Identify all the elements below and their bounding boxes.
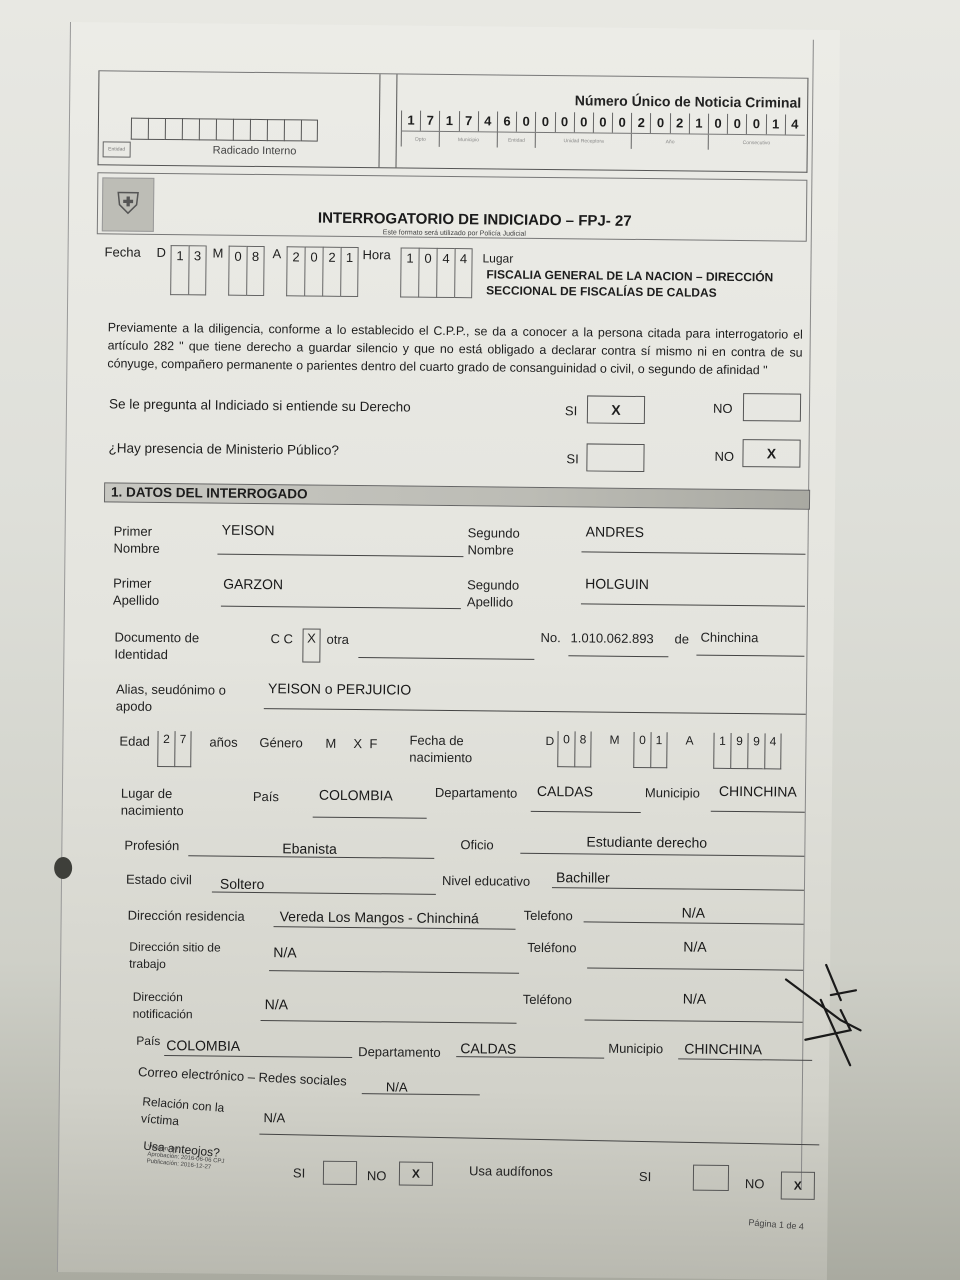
checkbox-ministerio-no[interactable]: X bbox=[742, 439, 800, 468]
departamento-label: Departamento bbox=[435, 784, 518, 802]
municipio2-label: Municipio bbox=[608, 1040, 663, 1058]
nunc-digit: 4 bbox=[478, 111, 497, 131]
correo-value[interactable]: N/A bbox=[386, 1079, 408, 1094]
hora-label: Hora bbox=[363, 247, 391, 262]
anteojos-si-label: SI bbox=[293, 1164, 305, 1181]
genero-mark[interactable]: X bbox=[353, 735, 362, 752]
genero-label: Género bbox=[259, 734, 303, 751]
segundo-apellido-value[interactable]: HOLGUIN bbox=[585, 575, 649, 592]
hour-digit[interactable]: 1 bbox=[400, 247, 419, 297]
question-ministerio-publico: ¿Hay presencia de Ministerio Público? bbox=[108, 440, 339, 457]
header-divider bbox=[378, 74, 397, 167]
departamento-value[interactable]: CALDAS bbox=[537, 783, 593, 800]
hour-digit[interactable]: 4 bbox=[436, 248, 455, 298]
lugar-nacimiento-label: Lugar de nacimiento bbox=[121, 785, 201, 820]
nunc-digits: 171746000000202100014 bbox=[401, 110, 805, 134]
document-page: Entidad Radicado Interno Número Único de… bbox=[57, 22, 840, 1280]
nac-year-digit[interactable]: 9 bbox=[730, 733, 747, 769]
nunc-group-label: Unidad Receptora bbox=[535, 133, 631, 149]
nac-year-digit[interactable]: 1 bbox=[713, 733, 730, 769]
month-digit[interactable]: 0 bbox=[228, 246, 247, 296]
checkbox-entiende-no[interactable] bbox=[743, 393, 801, 422]
telefono2-value[interactable]: N/A bbox=[683, 938, 707, 954]
direccion-notificacion-value[interactable]: N/A bbox=[265, 996, 289, 1012]
edad-digit[interactable]: 7 bbox=[174, 731, 191, 767]
alias-value[interactable]: YEISON o PERJUICIO bbox=[268, 680, 411, 697]
pais2-label: País bbox=[136, 1033, 160, 1050]
nunc-digit: 0 bbox=[593, 112, 612, 132]
nunc-digit: 0 bbox=[727, 114, 746, 134]
correo-label: Correo electrónico – Redes sociales bbox=[138, 1063, 347, 1089]
nivel-educativo-value[interactable]: Bachiller bbox=[556, 869, 610, 886]
nunc-digit: 0 bbox=[516, 112, 535, 132]
oficio-label: Oficio bbox=[460, 836, 493, 853]
audifonos-si-label: SI bbox=[639, 1168, 651, 1185]
nunc-field: 171746000000202100014 DptoMunicipioEntid… bbox=[401, 110, 805, 152]
nunc-digit: 7 bbox=[420, 111, 439, 131]
direccion-residencia-label: Dirección residencia bbox=[128, 907, 245, 925]
nunc-digit: 1 bbox=[401, 110, 420, 130]
nac-month-digit[interactable]: 0 bbox=[633, 732, 650, 768]
radicado-interno-field: Entidad Radicado Interno bbox=[103, 117, 373, 160]
no-label: NO bbox=[713, 401, 733, 416]
day-label: D bbox=[157, 245, 167, 260]
checkbox-anteojos-si[interactable] bbox=[323, 1161, 357, 1185]
checkbox-audifonos-si[interactable] bbox=[693, 1165, 729, 1191]
hole-punch bbox=[54, 857, 72, 879]
entidad-label: Entidad bbox=[103, 141, 131, 157]
relacion-victima-value[interactable]: N/A bbox=[263, 1110, 285, 1125]
pais-label: País bbox=[253, 788, 279, 805]
direccion-notificacion-label: Dirección notificación bbox=[133, 989, 213, 1024]
header-box: Entidad Radicado Interno Número Único de… bbox=[98, 70, 809, 172]
telefono1-label: Telefono bbox=[524, 907, 573, 925]
form-title: INTERROGATORIO DE INDICIADO – FPJ- 27 bbox=[318, 210, 632, 230]
checkbox-entiende-si[interactable]: X bbox=[587, 395, 645, 424]
estado-civil-label: Estado civil bbox=[126, 871, 192, 889]
nunc-digit: 0 bbox=[650, 113, 669, 133]
edad-label: Edad bbox=[119, 733, 150, 750]
municipio2-value[interactable]: CHINCHINA bbox=[684, 1040, 762, 1057]
departamento2-label: Departamento bbox=[358, 1043, 441, 1061]
documento-lugar[interactable]: Chinchina bbox=[701, 629, 759, 647]
primer-apellido-label: Primer Apellido bbox=[113, 574, 173, 609]
lugar-field: Lugar FISCALIA GENERAL DE LA NACION – DI… bbox=[482, 250, 804, 301]
year-digit[interactable]: 2 bbox=[322, 247, 341, 297]
nunc-digit: 0 bbox=[746, 114, 765, 134]
nunc-digit: 0 bbox=[535, 112, 554, 132]
checkbox-ministerio-si[interactable] bbox=[586, 443, 644, 472]
estado-civil-value[interactable]: Soltero bbox=[220, 876, 265, 892]
form-subtitle: Este formato será utilizado por Policía … bbox=[383, 229, 526, 237]
cc-label: C C bbox=[270, 630, 293, 647]
nac-year-digit[interactable]: 4 bbox=[764, 733, 781, 769]
nac-month-label: M bbox=[609, 732, 619, 749]
day-boxes: 13 bbox=[170, 245, 207, 295]
radicado-label: Radicado Interno bbox=[213, 145, 297, 158]
hour-boxes: 1044 bbox=[400, 247, 473, 298]
nunc-title: Número Único de Noticia Criminal bbox=[575, 92, 802, 110]
checkbox-anteojos-no[interactable]: X bbox=[399, 1162, 433, 1186]
checkbox-audifonos-no[interactable]: X bbox=[781, 1172, 815, 1200]
page-number: Página 1 de 4 bbox=[748, 1217, 804, 1231]
profesion-label: Profesión bbox=[124, 837, 179, 855]
month-label: M bbox=[213, 246, 224, 261]
telefono3-label: Teléfono bbox=[523, 991, 572, 1009]
nunc-digit: 1 bbox=[439, 111, 458, 131]
si-label: SI bbox=[565, 403, 577, 418]
relacion-victima-label: Relación con la víctima bbox=[140, 1093, 242, 1135]
genero-f-label: F bbox=[369, 735, 377, 752]
pais-value[interactable]: COLOMBIA bbox=[319, 787, 393, 804]
hour-digit[interactable]: 4 bbox=[454, 248, 473, 298]
lugar-value: FISCALIA GENERAL DE LA NACION – DIRECCIÓ… bbox=[486, 266, 776, 301]
direccion-trabajo-value[interactable]: N/A bbox=[273, 944, 297, 960]
nac-month-digit[interactable]: 1 bbox=[650, 732, 667, 768]
direccion-residencia-value[interactable]: Vereda Los Mangos - Chinchiná bbox=[280, 908, 479, 926]
hour-digit[interactable]: 0 bbox=[418, 248, 437, 298]
lugar-label: Lugar bbox=[482, 251, 513, 265]
oficio-value[interactable]: Estudiante derecho bbox=[586, 833, 707, 850]
year-digit[interactable]: 1 bbox=[340, 247, 359, 297]
edad-digit[interactable]: 2 bbox=[157, 731, 174, 767]
departamento2-value[interactable]: CALDAS bbox=[460, 1040, 516, 1057]
question-entiende-derecho: Se le pregunta al Indiciado si entiende … bbox=[109, 396, 411, 414]
genero-m-label: M bbox=[325, 735, 336, 752]
year-digit[interactable]: 2 bbox=[286, 246, 305, 296]
segundo-nombre-value[interactable]: ANDRES bbox=[586, 523, 645, 540]
audifonos-label: Usa audífonos bbox=[469, 1162, 553, 1180]
nac-year-digit[interactable]: 9 bbox=[747, 733, 764, 769]
anos-label: años bbox=[209, 734, 237, 751]
nunc-group-label: Año bbox=[631, 134, 708, 150]
direccion-trabajo-label: Dirección sitio de trabajo bbox=[129, 939, 239, 974]
nunc-group-label: Consecutivo bbox=[708, 135, 804, 151]
day-digit[interactable]: 3 bbox=[188, 245, 207, 295]
intro-paragraph: Previamente a la diligencia, conforme a … bbox=[107, 318, 803, 379]
pais2-value[interactable]: COLOMBIA bbox=[166, 1037, 240, 1054]
nivel-educativo-label: Nivel educativo bbox=[442, 872, 530, 890]
day-digit[interactable]: 1 bbox=[170, 245, 189, 295]
nunc-group-label: Entidad bbox=[497, 132, 536, 147]
si-label: SI bbox=[566, 451, 578, 466]
nunc-digit: 6 bbox=[497, 111, 516, 131]
nunc-digit: 0 bbox=[612, 113, 631, 133]
no-documento-label: No. bbox=[540, 629, 560, 646]
nunc-digit: 0 bbox=[574, 112, 593, 132]
nunc-group-label: Dpto bbox=[401, 131, 440, 146]
nunc-digit: 4 bbox=[785, 114, 804, 134]
telefono1-value[interactable]: N/A bbox=[682, 904, 706, 920]
signature-icon bbox=[780, 959, 871, 1070]
coat-of-arms-icon: ⛨ bbox=[102, 177, 155, 232]
year-boxes: 2021 bbox=[286, 246, 359, 297]
profesion-value[interactable]: Ebanista bbox=[282, 840, 337, 857]
nunc-digit: 0 bbox=[554, 112, 573, 132]
primer-nombre-value[interactable]: YEISON bbox=[222, 522, 275, 539]
segundo-nombre-label: Segundo Nombre bbox=[467, 524, 531, 559]
documento-numero[interactable]: 1.010.062.893 bbox=[570, 629, 653, 647]
nunc-digit: 1 bbox=[765, 114, 784, 134]
nac-day-digit[interactable]: 0 bbox=[557, 731, 574, 767]
primer-apellido-value[interactable]: GARZON bbox=[223, 576, 283, 593]
nunc-digit: 7 bbox=[458, 111, 477, 131]
nac-day-boxes: 08 bbox=[557, 731, 591, 767]
alias-label: Alias, seudónimo o apodo bbox=[116, 681, 246, 716]
nunc-digit: 1 bbox=[689, 113, 708, 133]
year-label: A bbox=[273, 246, 282, 261]
date-row: Fecha D 13 M 08 A 2021 Hora 1044 Lugar F… bbox=[104, 244, 805, 311]
radicado-cells bbox=[131, 118, 318, 142]
primer-nombre-label: Primer Nombre bbox=[113, 522, 173, 557]
year-digit[interactable]: 0 bbox=[304, 246, 323, 296]
month-boxes: 08 bbox=[228, 246, 265, 296]
nac-year-boxes: 1994 bbox=[713, 733, 781, 770]
nac-month-boxes: 01 bbox=[633, 732, 667, 768]
audifonos-no-label: NO bbox=[745, 1175, 765, 1192]
nunc-digit: 0 bbox=[708, 114, 727, 134]
nunc-digit: 2 bbox=[669, 113, 688, 133]
anteojos-no-label: NO bbox=[367, 1167, 387, 1184]
section-datos-interrogado: 1. DATOS DEL INTERROGADO bbox=[104, 482, 810, 509]
de-label: de bbox=[674, 630, 689, 647]
edad-boxes: 27 bbox=[157, 731, 191, 767]
municipio-label: Municipio bbox=[645, 784, 700, 802]
documento-label: Documento de Identidad bbox=[114, 629, 224, 664]
nac-day-digit[interactable]: 8 bbox=[574, 731, 591, 767]
fecha-label: Fecha bbox=[105, 244, 141, 259]
municipio-value[interactable]: CHINCHINA bbox=[719, 783, 797, 800]
nunc-group-label: Municipio bbox=[439, 132, 497, 148]
nunc-digit: 2 bbox=[631, 113, 650, 133]
month-digit[interactable]: 8 bbox=[246, 246, 265, 296]
title-box: ⛨ INTERROGATORIO DE INDICIADO – FPJ- 27 … bbox=[97, 172, 808, 241]
fecha-nacimiento-label: Fecha de nacimiento bbox=[409, 732, 499, 767]
segundo-apellido-label: Segundo Apellido bbox=[467, 576, 531, 611]
telefono2-label: Teléfono bbox=[527, 939, 576, 957]
telefono3-value[interactable]: N/A bbox=[683, 990, 707, 1006]
no-label: NO bbox=[714, 449, 734, 464]
nac-day-label: D bbox=[545, 733, 554, 750]
otra-label: otra bbox=[326, 631, 349, 648]
nac-year-label: A bbox=[685, 732, 693, 749]
cc-checkbox[interactable]: X bbox=[302, 628, 320, 662]
